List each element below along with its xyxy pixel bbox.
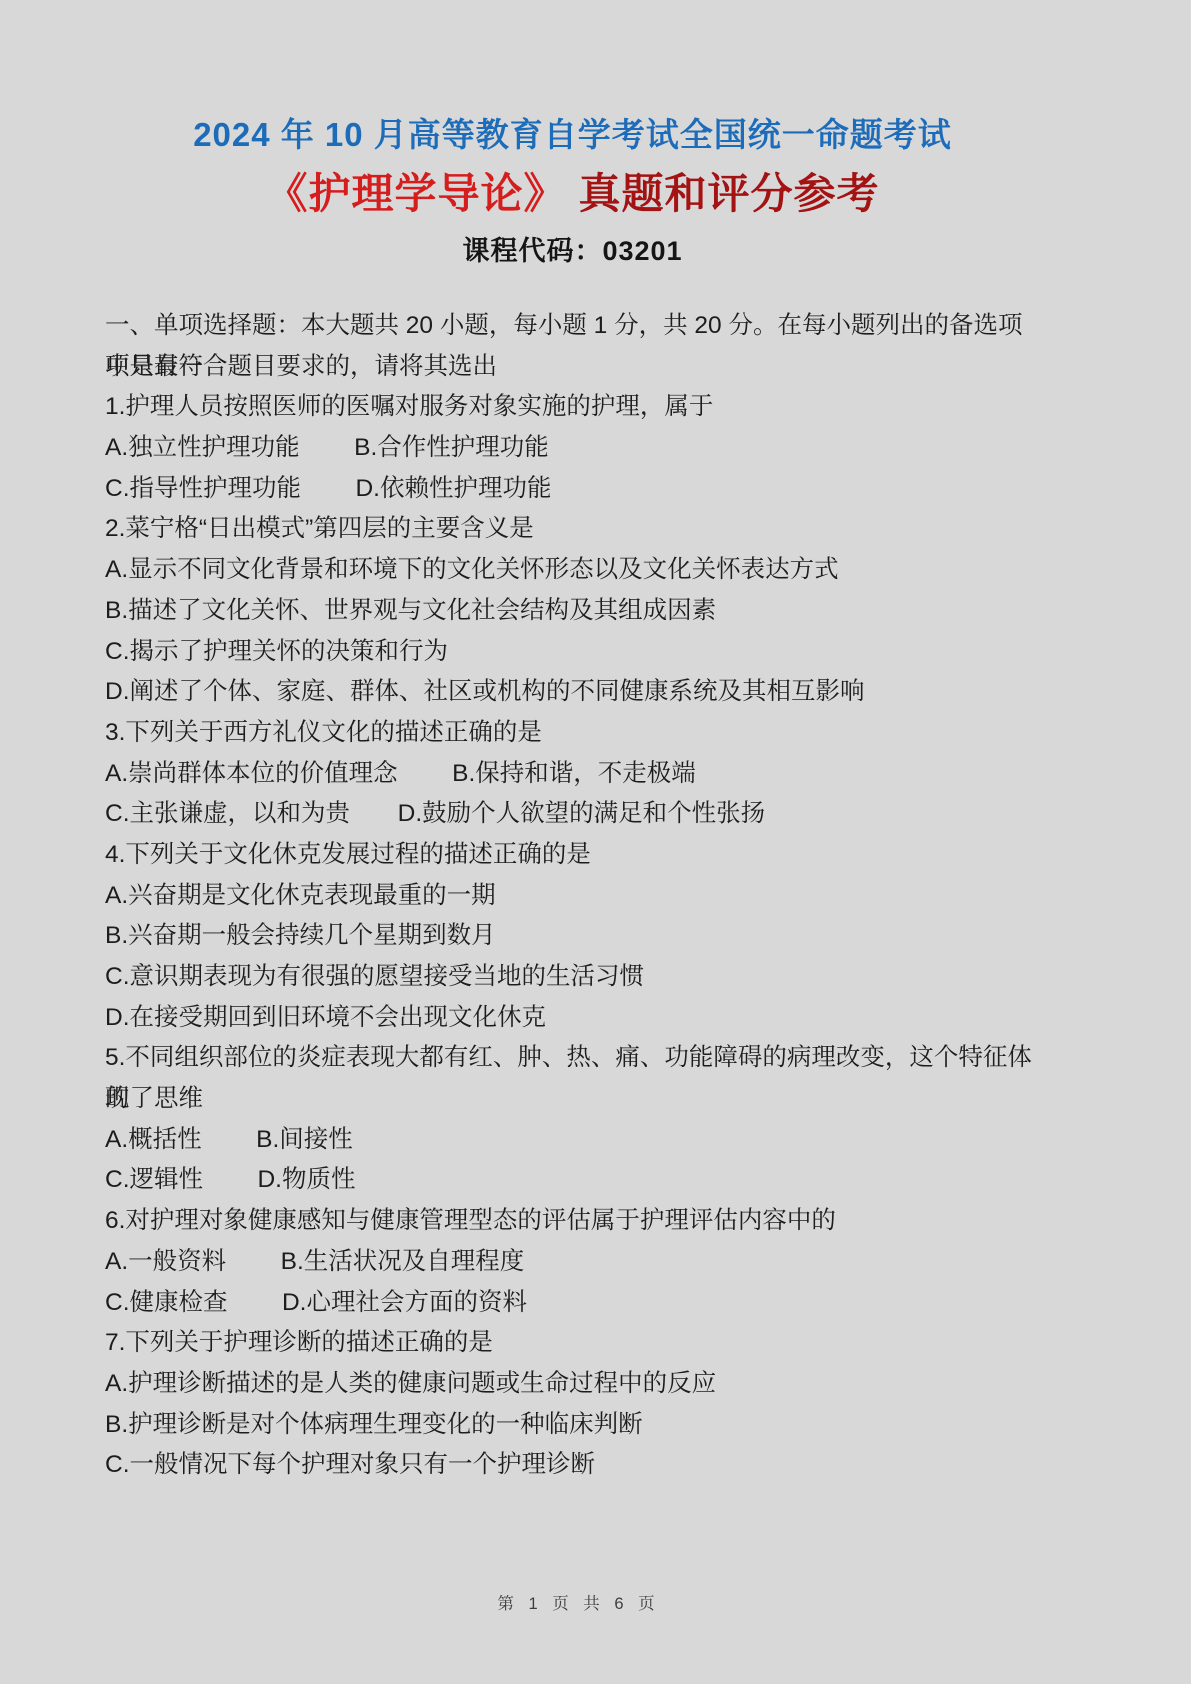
paper-title-suffix: 真题和评分参考 bbox=[579, 170, 880, 217]
question-3-options-cd: C.主张谦虚，以和为贵 D.鼓励个人欲望的满足和个性张扬 bbox=[105, 794, 1045, 835]
question-5-stem-line: 5.不同组织部位的炎症表现大都有红、肿、热、痛、功能障碍的病理改变，这个特征体现… bbox=[105, 1038, 1045, 1079]
question-2-option-b: B.描述了文化关怀、世界观与文化社会结构及其组成因素 bbox=[105, 591, 1045, 632]
paper-title: 《护理学导论》真题和评分参考 bbox=[0, 166, 1145, 222]
question-5-options-ab: A.概括性 B.间接性 bbox=[105, 1120, 1045, 1161]
section-instructions-line: 项是最符合题目要求的，请将其选出 bbox=[105, 347, 1045, 388]
section-instructions-line: 一、单项选择题：本大题共 20 小题，每小题 1 分，共 20 分。在每小题列出… bbox=[105, 306, 1045, 347]
question-1-options-cd: C.指导性护理功能 D.依赖性护理功能 bbox=[105, 469, 1045, 510]
question-1-options-ab: A.独立性护理功能 B.合作性护理功能 bbox=[105, 428, 1045, 469]
question-1-stem: 1.护理人员按照医师的医嘱对服务对象实施的护理，属于 bbox=[105, 387, 1045, 428]
question-7-stem: 7.下列关于护理诊断的描述正确的是 bbox=[105, 1323, 1045, 1364]
question-7-option-b: B.护理诊断是对个体病理生理变化的一种临床判断 bbox=[105, 1405, 1045, 1446]
question-6-options-cd: C.健康检查 D.心理社会方面的资料 bbox=[105, 1283, 1045, 1324]
question-4-option-b: B.兴奋期一般会持续几个星期到数月 bbox=[105, 916, 1045, 957]
scanned-exam-page: 2024 年 10 月高等教育自学考试全国统一命题考试 《护理学导论》真题和评分… bbox=[0, 0, 1191, 1684]
question-5-options-cd: C.逻辑性 D.物质性 bbox=[105, 1160, 1045, 1201]
exam-session-title: 2024 年 10 月高等教育自学考试全国统一命题考试 bbox=[0, 112, 1145, 158]
question-5-stem-line: 的 bbox=[105, 1079, 1045, 1120]
question-2-option-a: A.显示不同文化背景和环境下的文化关怀形态以及文化关怀表达方式 bbox=[105, 550, 1045, 591]
question-7-option-a: A.护理诊断描述的是人类的健康问题或生命过程中的反应 bbox=[105, 1364, 1045, 1405]
question-4-stem: 4.下列关于文化休克发展过程的描述正确的是 bbox=[105, 835, 1045, 876]
course-code: 课程代码：03201 bbox=[0, 232, 1145, 270]
question-4-option-c: C.意识期表现为有很强的愿望接受当地的生活习惯 bbox=[105, 957, 1045, 998]
question-6-options-ab: A.一般资料 B.生活状况及自理程度 bbox=[105, 1242, 1045, 1283]
question-2-stem: 2.菜宁格“日出模式”第四层的主要含义是 bbox=[105, 509, 1045, 550]
document-header: 2024 年 10 月高等教育自学考试全国统一命题考试 《护理学导论》真题和评分… bbox=[0, 112, 1191, 270]
question-4-option-d: D.在接受期回到旧环境不会出现文化休克 bbox=[105, 998, 1045, 1039]
question-2-option-d: D.阐述了个体、家庭、群体、社区或机构的不同健康系统及其相互影响 bbox=[105, 672, 1045, 713]
paper-title-book-name: 《护理学导论》 bbox=[265, 170, 566, 217]
question-3-options-ab: A.崇尚群体本位的价值理念 B.保持和谐，不走极端 bbox=[105, 754, 1045, 795]
question-6-stem: 6.对护理对象健康感知与健康管理型态的评估属于护理评估内容中的 bbox=[105, 1201, 1045, 1242]
question-7-option-c: C.一般情况下每个护理对象只有一个护理诊断 bbox=[105, 1445, 1045, 1486]
question-4-option-a: A.兴奋期是文化休克表现最重的一期 bbox=[105, 876, 1045, 917]
question-body: 一、单项选择题：本大题共 20 小题，每小题 1 分，共 20 分。在每小题列出… bbox=[105, 306, 1045, 1486]
question-2-option-c: C.揭示了护理关怀的决策和行为 bbox=[105, 632, 1045, 673]
page-number-indicator: 第 1 页 共 6 页 bbox=[0, 1590, 1191, 1614]
question-3-stem: 3.下列关于西方礼仪文化的描述正确的是 bbox=[105, 713, 1045, 754]
